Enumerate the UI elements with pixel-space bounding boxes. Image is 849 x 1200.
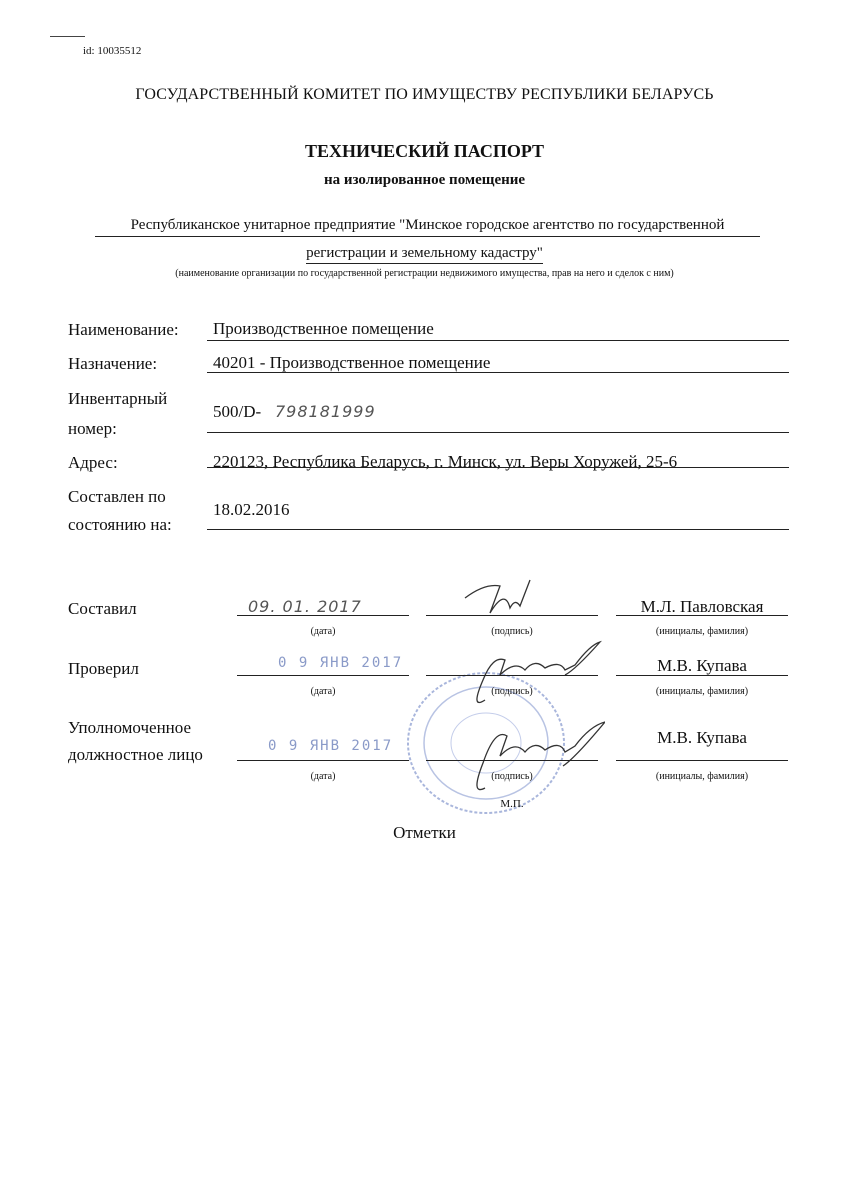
checked-name: М.В. Купава	[616, 656, 788, 676]
document-id: id: 10035512	[83, 45, 141, 57]
authorized-label-2: должностное лицо	[68, 743, 203, 767]
document-subtitle: на изолированное помещение	[0, 172, 849, 189]
caption-date: (дата)	[237, 626, 409, 637]
document-title: ТЕХНИЧЕСКИЙ ПАСПОРТ	[0, 141, 849, 162]
authorized-date-line	[237, 760, 409, 761]
compiled-date-line	[237, 615, 409, 616]
field-purpose-label: Назначение:	[68, 352, 157, 376]
field-purpose-value: 40201 - Производственное помещение	[213, 353, 490, 373]
caption-date: (дата)	[237, 686, 409, 697]
field-name-label: Наименование:	[68, 318, 179, 342]
signature-kupava-icon	[465, 640, 605, 715]
seal-label: М.П.	[426, 798, 598, 810]
field-asof-value: 18.02.2016	[213, 500, 290, 520]
field-asof-label-2: состоянию на:	[68, 513, 172, 537]
compiled-name-line	[616, 615, 788, 616]
compiled-date: 09. 01. 2017	[248, 597, 362, 616]
field-address-value: 220123, Республика Беларусь, г. Минск, у…	[213, 452, 677, 472]
authorized-date-stamp: 0 9 ЯНВ 2017	[268, 738, 393, 754]
field-purpose-line	[207, 372, 789, 373]
field-inventory-line	[207, 432, 789, 433]
caption-signature: (подпись)	[426, 626, 598, 637]
field-asof-line	[207, 529, 789, 530]
signature-pavlovskaya-icon	[460, 578, 550, 628]
authorized-name: М.В. Купава	[616, 728, 788, 748]
field-inventory-label-2: номер:	[68, 417, 117, 441]
caption-signature: (подпись)	[426, 686, 598, 697]
signature-kupava-authorized-icon	[465, 718, 605, 798]
organization-line-2: регистрации и земельному кадастру"	[0, 245, 849, 262]
organization-line-2-text: регистрации и земельному кадастру"	[306, 245, 543, 264]
field-inventory-handwritten: 798181999	[275, 402, 376, 421]
organization-caption: (наименование организации по государстве…	[0, 268, 849, 279]
field-name-value: Производственное помещение	[213, 319, 434, 339]
field-address-label: Адрес:	[68, 451, 118, 475]
caption-name: (инициалы, фамилия)	[616, 686, 788, 697]
authorized-signature-line	[426, 760, 598, 761]
organization-line-1: Республиканское унитарное предприятие "М…	[95, 217, 760, 237]
checked-date-line	[237, 675, 409, 676]
notes-heading: Отметки	[0, 823, 849, 843]
field-name-line	[207, 340, 789, 341]
corner-mark	[50, 36, 85, 37]
field-inventory-prefix: 500/D-	[213, 402, 261, 422]
authorized-name-line	[616, 760, 788, 761]
field-inventory-label-1: Инвентарный	[68, 387, 167, 411]
caption-name: (инициалы, фамилия)	[616, 771, 788, 782]
checked-name-line	[616, 675, 788, 676]
caption-date: (дата)	[237, 771, 409, 782]
compiled-name: М.Л. Павловская	[616, 597, 788, 617]
compiled-signature-line	[426, 615, 598, 616]
authorized-label-1: Уполномоченное	[68, 716, 191, 740]
checked-date-stamp: 0 9 ЯНВ 2017	[278, 655, 403, 671]
field-address-line	[207, 467, 789, 468]
compiled-label: Составил	[68, 597, 137, 621]
caption-signature: (подпись)	[426, 771, 598, 782]
checked-signature-line	[426, 675, 598, 676]
checked-label: Проверил	[68, 657, 139, 681]
caption-name: (инициалы, фамилия)	[616, 626, 788, 637]
field-asof-label-1: Составлен по	[68, 485, 166, 509]
committee-heading: ГОСУДАРСТВЕННЫЙ КОМИТЕТ ПО ИМУЩЕСТВУ РЕС…	[0, 86, 849, 104]
